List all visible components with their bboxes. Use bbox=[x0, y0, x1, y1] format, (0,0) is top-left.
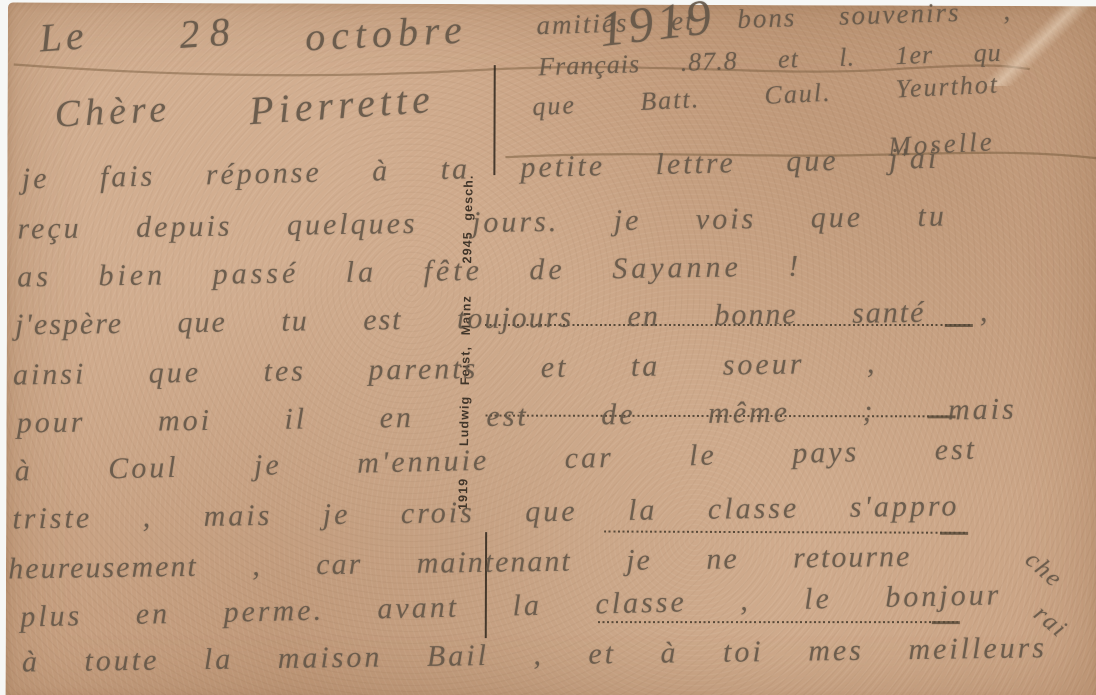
handwriting-salutation-1: Chère bbox=[54, 87, 172, 137]
handwriting-date-le: Le bbox=[38, 11, 89, 61]
handwriting-salutation-2: Pierrette bbox=[248, 75, 436, 134]
scan-background: 1919 Ludwig Feist, Mainz 2945 gesch. Le2… bbox=[0, 0, 1096, 695]
handwriting-body-2: reçu depuis quelques jours. je vois que … bbox=[17, 200, 947, 247]
handwriting-body-3: as bien passé la fête de Sayanne ! bbox=[17, 250, 802, 295]
handwriting-date-day: 28 bbox=[178, 7, 241, 58]
handwriting-body-10: plus en perme. avant la classe , le bonj… bbox=[20, 578, 1002, 634]
handwriting-body-8: triste , mais je crois que la classe s'a… bbox=[12, 489, 959, 536]
handwriting-body-7: à Coul je m'ennuie car le pays est bbox=[14, 433, 977, 489]
handwriting-body-5: ainsi que tes parents et ta soeur , bbox=[13, 346, 878, 392]
handwriting-body-4: j'espère que tu est toujours en bonne sa… bbox=[15, 295, 990, 343]
handwriting-margin-1: che bbox=[1019, 546, 1068, 594]
handwriting-date-month: octobre bbox=[304, 6, 469, 61]
handwriting-body-11: à toute la maison Bail , et à toi mes me… bbox=[22, 631, 1047, 679]
handwriting-body-9: heureusement , car maintenant je ne reto… bbox=[8, 540, 912, 587]
handwriting-body-6: pour moi il en est de même ; mais bbox=[17, 393, 1017, 441]
handwriting-body-1: je fais réponse à ta petite lettre que j… bbox=[21, 142, 939, 197]
handwriting-layer: Le28octobre1919amitiés et bons souvenirs… bbox=[6, 2, 1096, 695]
postcard: 1919 Ludwig Feist, Mainz 2945 gesch. Le2… bbox=[6, 2, 1096, 695]
